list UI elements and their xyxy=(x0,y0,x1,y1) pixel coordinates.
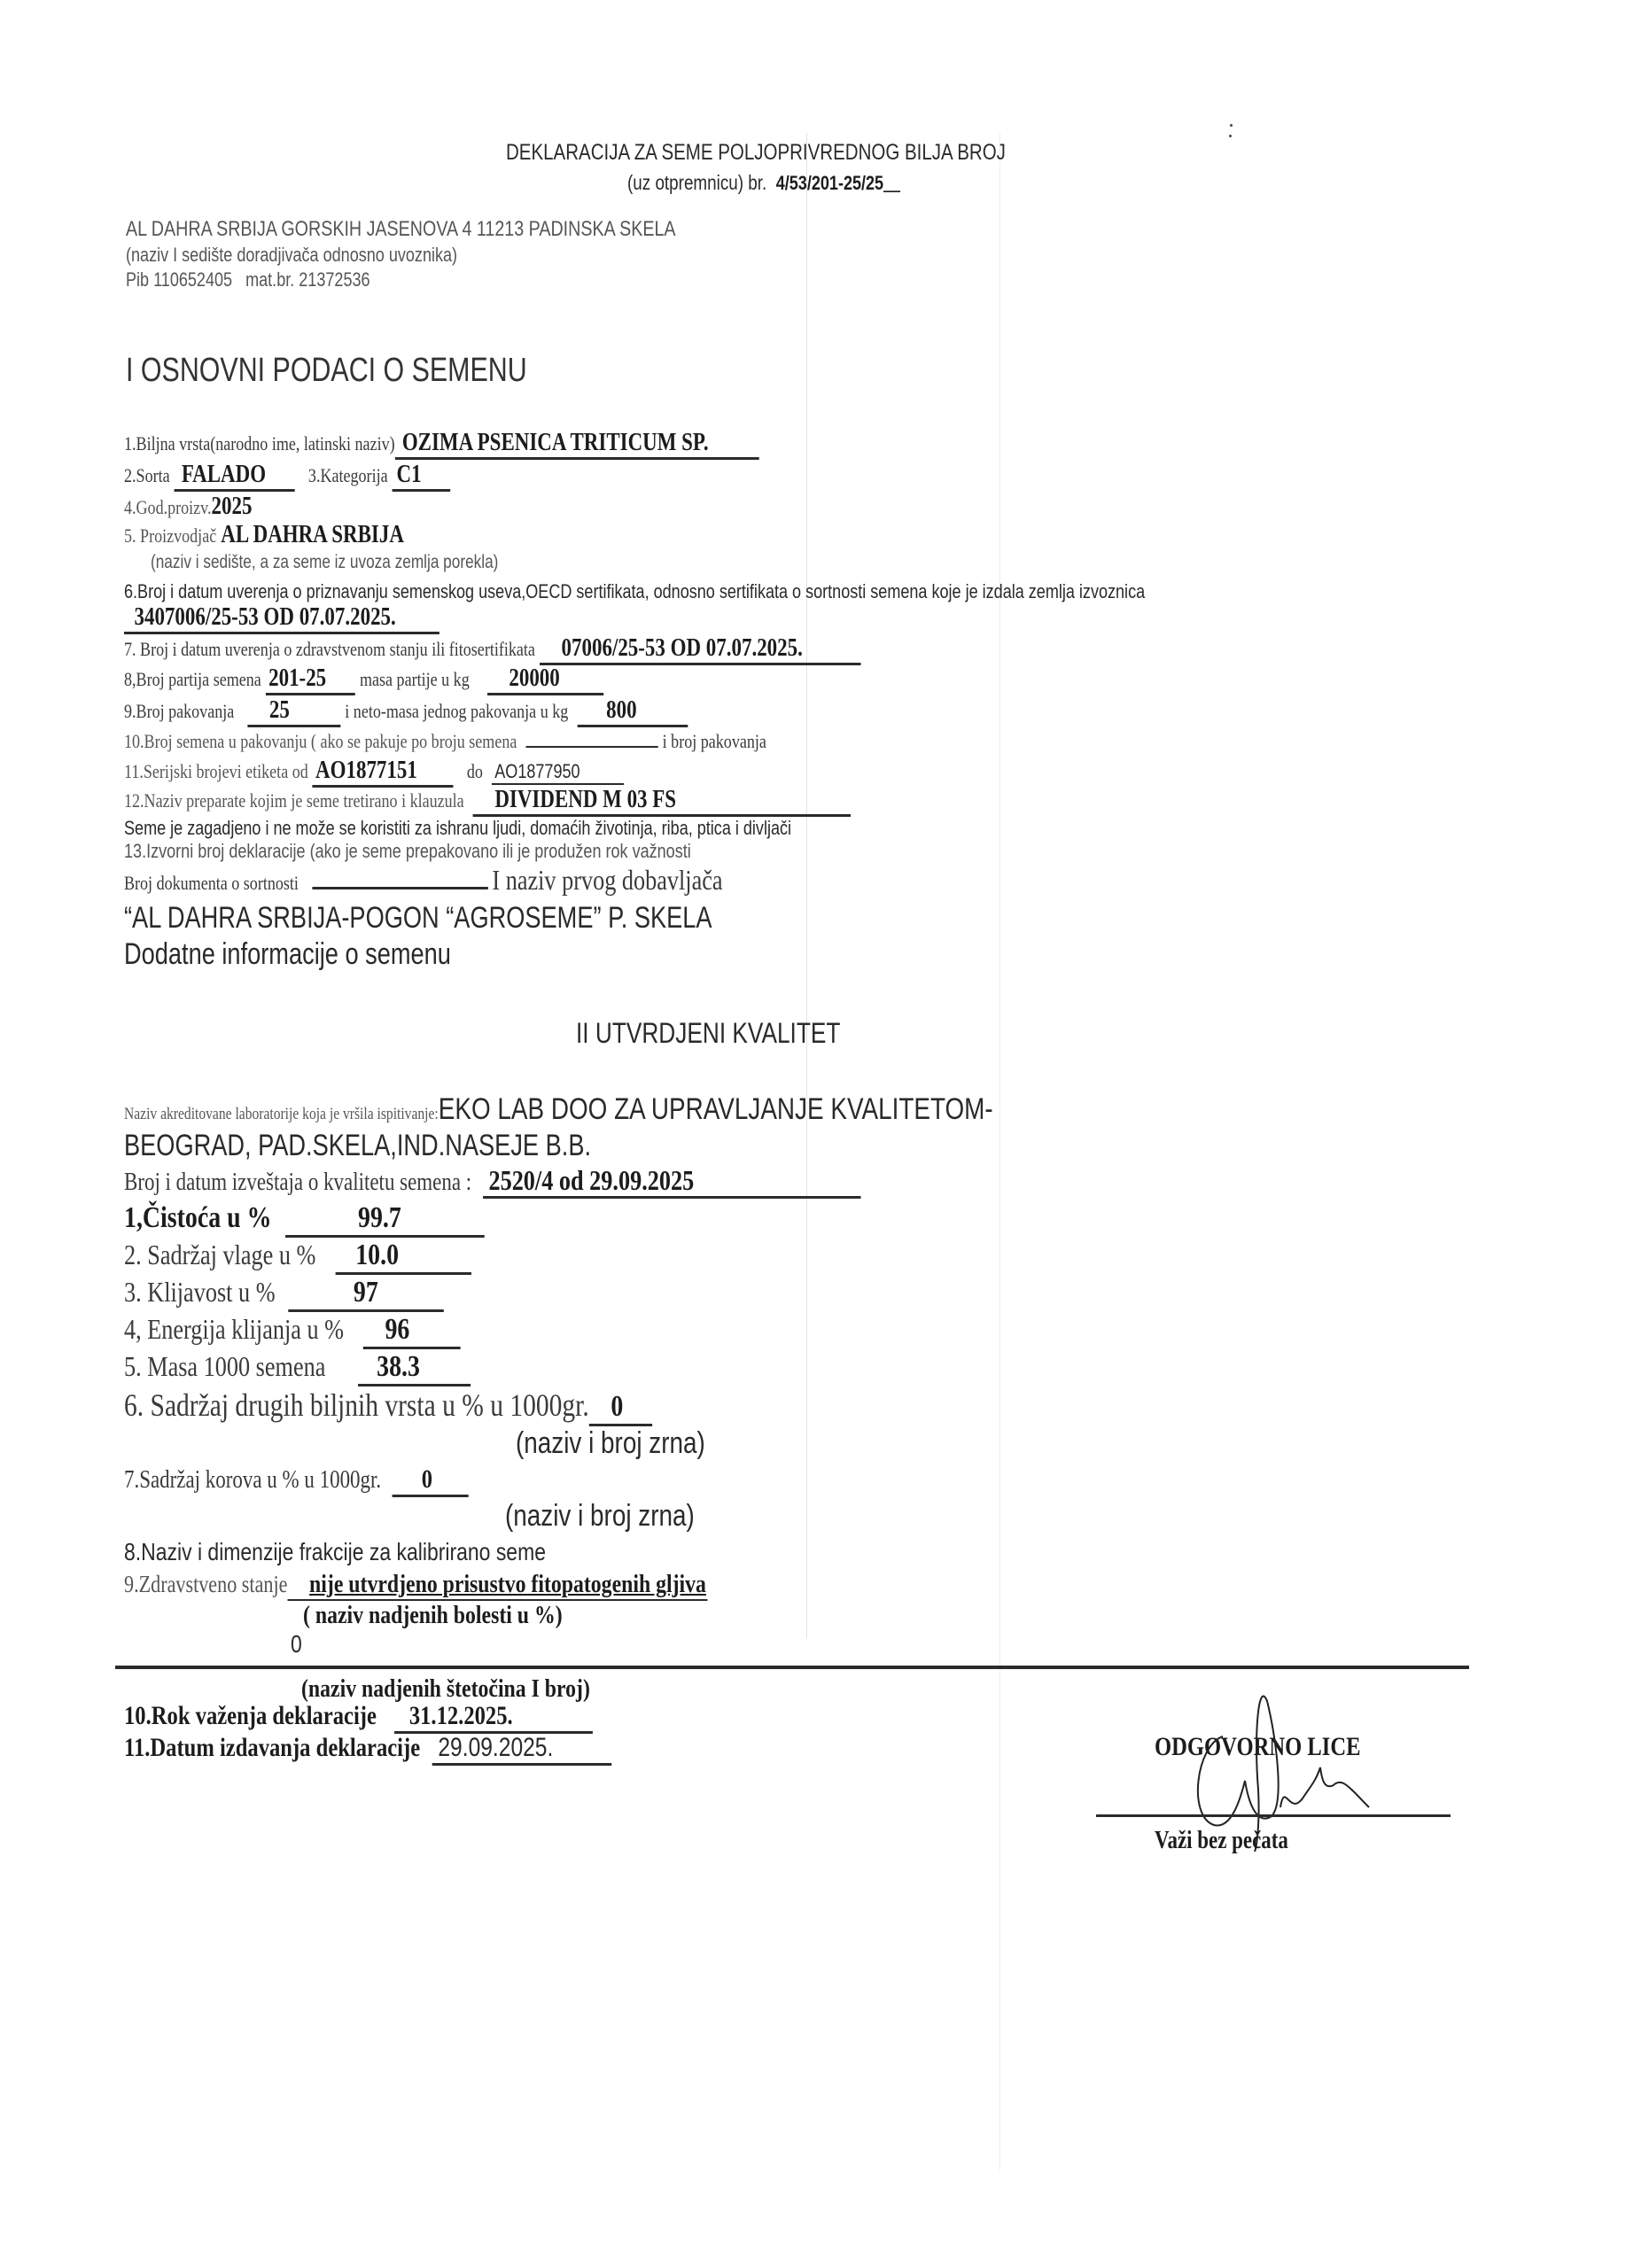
field-health: 9.Zdravstveno stanjenije utvrdjeno prisu… xyxy=(124,1571,708,1601)
pib-label: Pib xyxy=(126,268,149,291)
field-thousand-seed-mass: 5. Masa 1000 semena 38.3 xyxy=(124,1350,471,1386)
document-subtitle: (uz otpremnicu) br. 4/53/201-25/25__ xyxy=(627,171,900,195)
health-value: nije utvrdjeno prisustvo fitopatogenih g… xyxy=(287,1572,707,1601)
report-value: 2520/4 od 29.09.2025 xyxy=(483,1166,861,1199)
scan-speck xyxy=(1230,124,1233,127)
mb-label: mat.br. xyxy=(245,268,294,291)
other-species-value: 0 xyxy=(589,1392,652,1426)
issue-date-value: 29.09.2025. xyxy=(432,1735,611,1766)
field-certificate: 3407006/25-53 OD 07.07.2025. xyxy=(124,605,439,634)
seeds-per-package-value xyxy=(525,730,657,748)
validity-value: 31.12.2025. xyxy=(394,1703,592,1734)
first-supplier: “AL DAHRA SRBIJA-POGON “AGROSEME” P. SKE… xyxy=(124,901,712,936)
certificate-value: 3407006/25-53 OD 07.07.2025. xyxy=(124,605,439,634)
scan-speck xyxy=(1229,135,1232,137)
moisture-value: 10.0 xyxy=(335,1240,471,1275)
health-caption: ( naziv nadjenih bolesti u %) xyxy=(303,1601,563,1630)
scan-fold-line xyxy=(1000,133,1000,2171)
field-production-year: 4.God.proizv.2025 xyxy=(124,493,252,521)
scan-fold-line xyxy=(806,133,807,1639)
purity-value: 99.7 xyxy=(285,1203,485,1238)
field-report: Broj i datum izveštaja o kvalitetu semen… xyxy=(124,1166,861,1199)
additional-info: Dodatne informacije o semenu xyxy=(124,937,451,972)
variety-document-value xyxy=(312,871,487,889)
certificate-label: 6.Broj i datum uverenja o priznavanju se… xyxy=(124,580,1145,603)
subtitle-prefix: (uz otpremnicu) br. xyxy=(627,171,766,194)
section2-heading: II UTVRDJENI KVALITET xyxy=(576,1017,840,1050)
lab-value-line2: BEOGRAD, PAD.SKELA,IND.NASEJE B.B. xyxy=(124,1129,591,1163)
field-validity: 10.Rok važenja deklaracije 31.12.2025. xyxy=(124,1701,593,1734)
field-treatment: 12.Naziv preparate kojim je seme tretira… xyxy=(124,788,851,817)
field-moisture: 2. Sadržaj vlage u % 10.0 xyxy=(124,1239,471,1275)
lab-value-line1: EKO LAB DOO ZA UPRAVLJANJE KVALITETOM- xyxy=(439,1092,993,1126)
field-weeds: 7.Sadržaj korova u % u 1000gr. 0 xyxy=(124,1465,469,1497)
germination-value: 97 xyxy=(288,1278,443,1312)
field-producer: 5. Proizvodjač AL DAHRA SRBIJA xyxy=(124,521,404,549)
original-declaration-label: 13.Izvorni broj deklaracije (ako je seme… xyxy=(124,840,691,863)
package-net-mass-value: 800 xyxy=(577,698,688,727)
calibration-label: 8.Naziv i dimenzije frakcije za kalibrir… xyxy=(124,1538,546,1566)
thousand-seed-mass-value: 38.3 xyxy=(358,1352,471,1386)
production-year-value: 2025 xyxy=(212,493,253,520)
label-serial-to: AO1877950 xyxy=(492,762,624,785)
field-purity: 1,Čistoća u % 99.7 xyxy=(124,1200,485,1238)
document-title: DEKLARACIJA ZA SEME POLJOPRIVREDNOG BILJ… xyxy=(506,140,1006,166)
germination-energy-value: 96 xyxy=(363,1315,461,1349)
company-ids: Pib 110652405 mat.br. 21372536 xyxy=(126,268,370,291)
field-germination: 3. Klijavost u % 97 xyxy=(124,1276,444,1312)
lot-mass-value: 20000 xyxy=(487,666,603,695)
company-address-caption: (naziv I sedište doradjivača odnosno uvo… xyxy=(126,244,457,267)
section1-heading: I OSNOVNI PODACI O SEMENU xyxy=(126,352,527,390)
pests-value: 0 xyxy=(291,1630,302,1658)
mb-value: 21372536 xyxy=(299,268,369,291)
field-lot: 8,Broj partija semena 201-25 masa partij… xyxy=(124,666,603,695)
treatment-value: DIVIDEND M 03 FS xyxy=(473,788,851,817)
signature-line xyxy=(1096,1814,1451,1817)
weeds-value: 0 xyxy=(393,1466,469,1497)
producer-caption: (naziv i sedište, a za seme iz uvoza zem… xyxy=(151,552,498,573)
field-phyto-certificate: 7. Broj i datum uverenja o zdravstvenom … xyxy=(124,636,860,665)
field-other-species: 6. Sadržaj drugih biljnih vrsta u % u 10… xyxy=(124,1386,652,1426)
label-serial-from: AO1877151 xyxy=(313,758,454,788)
field-packages: 9.Broj pakovanja 25 i neto-masa jednog p… xyxy=(124,698,688,727)
phyto-certificate-value: 07006/25-53 OD 07.07.2025. xyxy=(540,636,861,665)
plant-species-value: OZIMA PSENICA TRITICUM SP. xyxy=(395,431,759,460)
field-seeds-per-package: 10.Broj semena u pakovanju ( ako se paku… xyxy=(124,730,766,753)
field-plant-species: 1.Biljna vrsta(narodno ime, latinski naz… xyxy=(124,431,759,460)
lot-number-value: 201-25 xyxy=(266,666,355,695)
field-variety-document: Broj dokumenta o sortnosti I naziv prvog… xyxy=(124,864,723,897)
weeds-caption: (naziv i broj zrna) xyxy=(505,1499,695,1534)
producer-value: AL DAHRA SRBIJA xyxy=(221,521,404,548)
field-lab: Naziv akreditovane laboratorije koja je … xyxy=(124,1092,993,1127)
pib-value: 110652405 xyxy=(153,268,232,291)
category-value: C1 xyxy=(393,462,451,492)
pests-underline xyxy=(115,1666,1469,1669)
field-label-serials: 11.Serijski brojevi etiketa od AO1877151… xyxy=(124,758,624,788)
signature-note: Važi bez pečata xyxy=(1155,1827,1288,1855)
field-issue-date: 11.Datum izdavanja deklaracije 29.09.202… xyxy=(124,1733,611,1766)
field-germination-energy: 4, Energija klijanja u % 96 xyxy=(124,1313,461,1349)
pests-caption: (naziv nadjenih štetočina I broj) xyxy=(301,1674,590,1704)
other-species-caption: (naziv i broj zrna) xyxy=(516,1426,705,1461)
variety-value: FALADO xyxy=(175,462,295,492)
package-count-value: 25 xyxy=(247,698,340,727)
company-address: AL DAHRA SRBIJA GORSKIH JASENOVA 4 11213… xyxy=(126,217,676,242)
document-number: 4/53/201-25/25 xyxy=(776,172,883,194)
field-variety-category: 2.Sorta FALADO 3.Kategorija C1 xyxy=(124,462,450,492)
contamination-warning: Seme je zagadjeno i ne može se koristiti… xyxy=(124,817,791,840)
